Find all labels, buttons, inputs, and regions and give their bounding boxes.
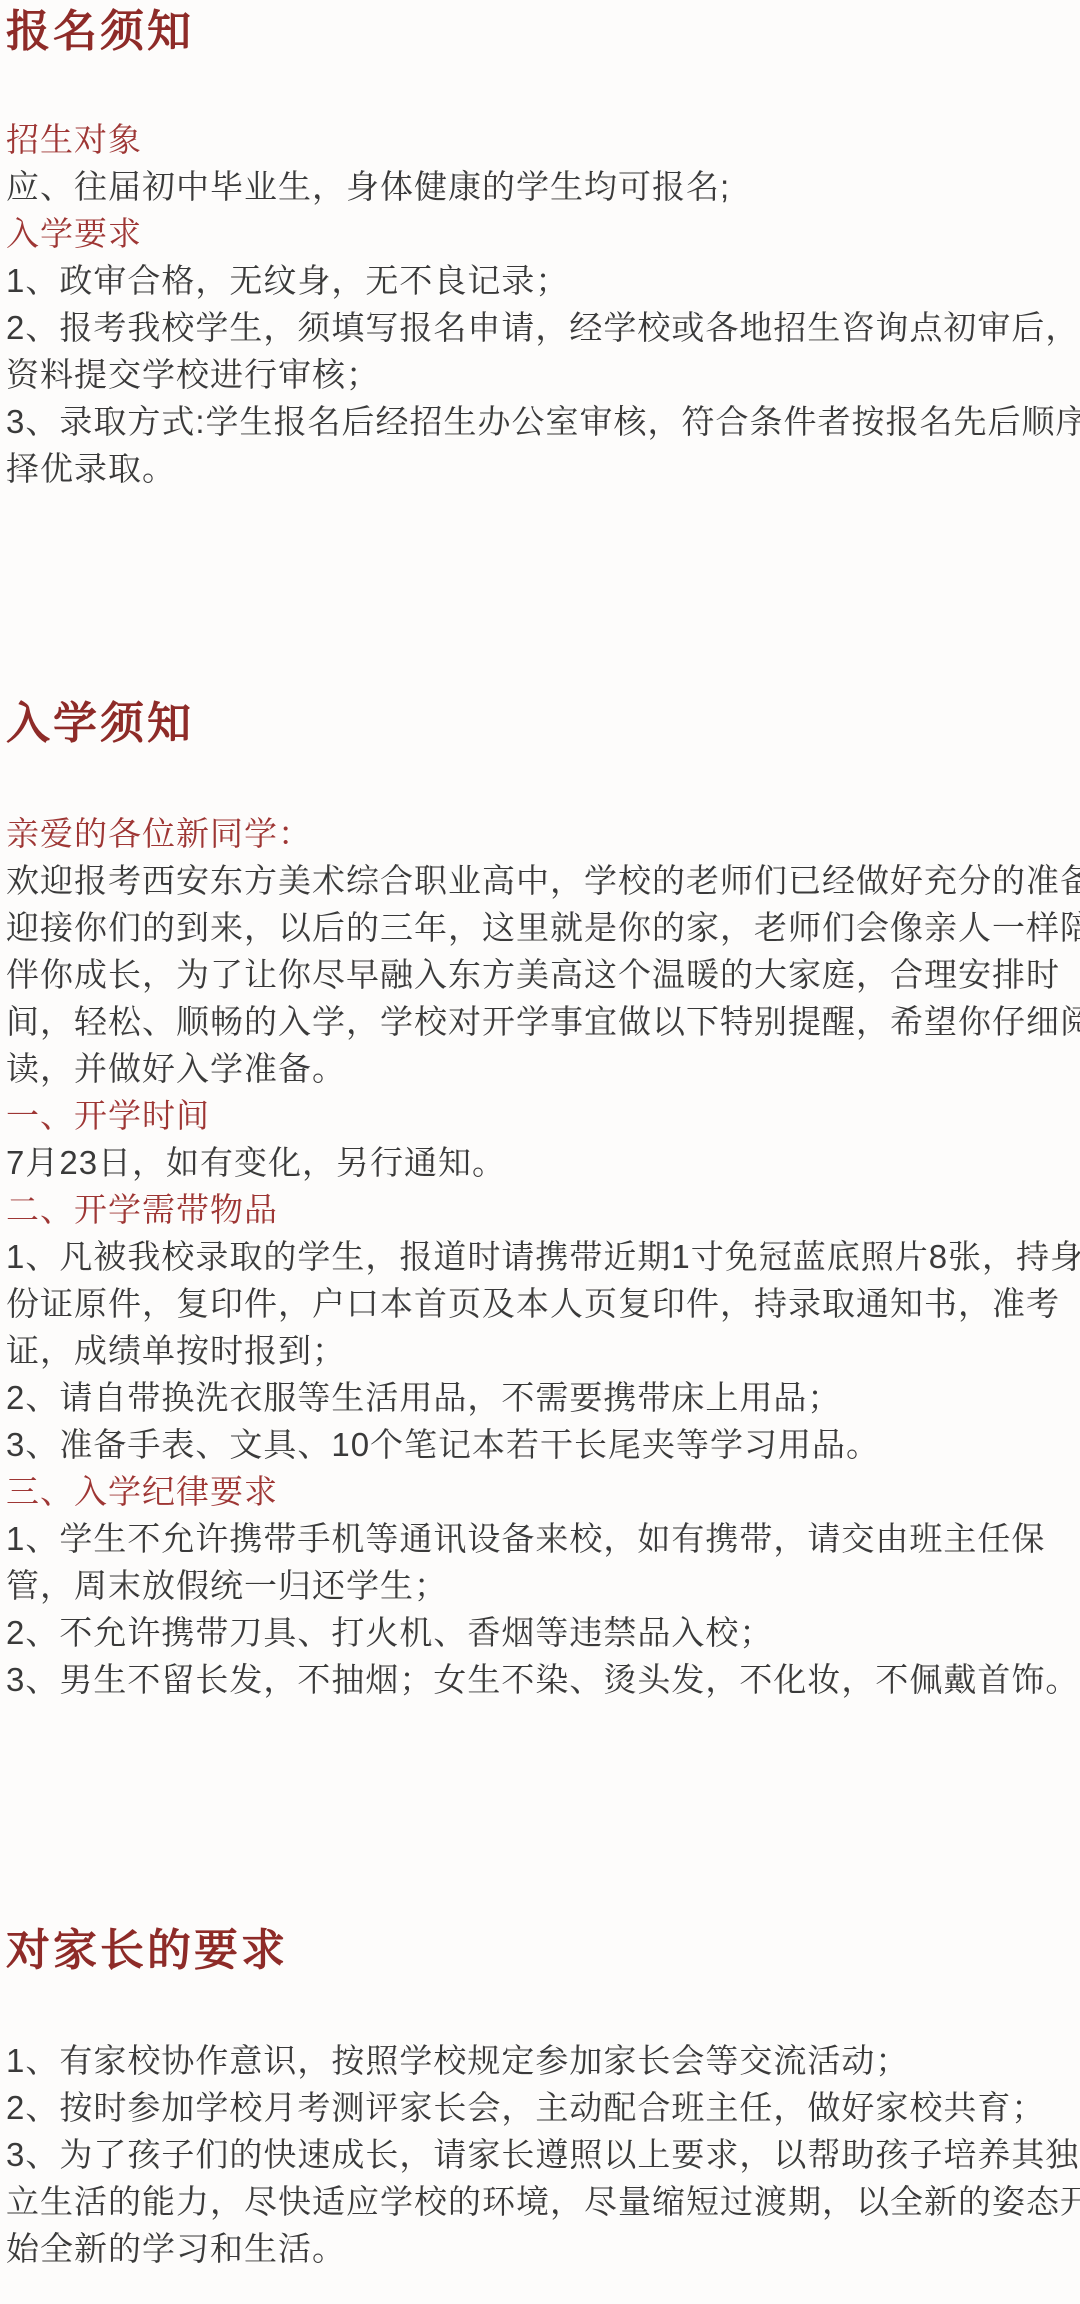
text-line: 3、准备手表、文具、10个笔记本若干长尾夹等学习用品。 — [6, 1421, 1072, 1468]
text-line: 份证原件，复印件，户口本首页及本人页复印件，持录取通知书，准考 — [6, 1280, 1072, 1327]
section-title-parents: 对家长的要求 — [6, 1927, 1072, 1975]
section-title-admission: 入学须知 — [6, 700, 1072, 748]
text-line: 7月23日，如有变化，另行通知。 — [6, 1139, 1072, 1186]
text-line: 立生活的能力，尽快适应学校的环境，尽量缩短过渡期，以全新的姿态开 — [6, 2178, 1072, 2225]
text-line: 读，并做好入学准备。 — [6, 1045, 1072, 1092]
subheading-line: 亲爱的各位新同学： — [6, 810, 1072, 857]
text-line: 证，成绩单按时报到； — [6, 1327, 1072, 1374]
text-line: 择优录取。 — [6, 445, 1072, 492]
text-line: 1、政审合格，无纹身，无不良记录； — [6, 257, 1072, 304]
subheading-line: 一、开学时间 — [6, 1092, 1072, 1139]
text-line: 2、请自带换洗衣服等生活用品，不需要携带床上用品； — [6, 1374, 1072, 1421]
text-line: 1、学生不允许携带手机等通讯设备来校，如有携带，请交由班主任保 — [6, 1515, 1072, 1562]
text-line: 应、往届初中毕业生，身体健康的学生均可报名; — [6, 163, 1072, 210]
subheading-line: 三、入学纪律要求 — [6, 1468, 1072, 1515]
text-line: 2、不允许携带刀具、打火机、香烟等违禁品入校； — [6, 1609, 1072, 1656]
text-line: 1、凡被我校录取的学生，报道时请携带近期1寸免冠蓝底照片8张，持身 — [6, 1233, 1072, 1280]
text-line: 3、男生不留长发，不抽烟；女生不染、烫头发，不化妆，不佩戴首饰。 — [6, 1656, 1072, 1703]
admission-notice-text: 亲爱的各位新同学：欢迎报考西安东方美术综合职业高中，学校的老师们已经做好充分的准… — [6, 810, 1072, 1703]
text-line: 间，轻松、顺畅的入学，学校对开学事宜做以下特别提醒，希望你仔细阅 — [6, 998, 1072, 1045]
subheading-line: 二、开学需带物品 — [6, 1186, 1072, 1233]
text-line: 管，周末放假统一归还学生； — [6, 1562, 1072, 1609]
section-title-registration: 报名须知 — [6, 8, 1072, 56]
section-parents-requirements: 对家长的要求 1、有家校协作意识，按照学校规定参加家长会等交流活动；2、按时参加… — [6, 1927, 1072, 2272]
article-page: 报名须知 招生对象应、往届初中毕业生，身体健康的学生均可报名;入学要求1、政审合… — [0, 0, 1080, 2272]
subheading-line: 招生对象 — [6, 116, 1072, 163]
text-line: 2、按时参加学校月考测评家长会，主动配合班主任，做好家校共育； — [6, 2084, 1072, 2131]
text-line: 伴你成长，为了让你尽早融入东方美高这个温暖的大家庭，合理安排时 — [6, 951, 1072, 998]
registration-notice-text: 招生对象应、往届初中毕业生，身体健康的学生均可报名;入学要求1、政审合格，无纹身… — [6, 116, 1072, 492]
text-line: 资料提交学校进行审核； — [6, 351, 1072, 398]
text-line: 1、有家校协作意识，按照学校规定参加家长会等交流活动； — [6, 2037, 1072, 2084]
text-line: 迎接你们的到来，以后的三年，这里就是你的家，老师们会像亲人一样陪 — [6, 904, 1072, 951]
section-registration-notice: 报名须知 招生对象应、往届初中毕业生，身体健康的学生均可报名;入学要求1、政审合… — [6, 8, 1072, 492]
section-admission-notice: 入学须知 亲爱的各位新同学：欢迎报考西安东方美术综合职业高中，学校的老师们已经做… — [6, 700, 1072, 1703]
text-line: 3、为了孩子们的快速成长，请家长遵照以上要求，以帮助孩子培养其独 — [6, 2131, 1072, 2178]
text-line: 欢迎报考西安东方美术综合职业高中，学校的老师们已经做好充分的准备 — [6, 857, 1072, 904]
subheading-line: 入学要求 — [6, 210, 1072, 257]
text-line: 2、报考我校学生，须填写报名申请，经学校或各地招生咨询点初审后， — [6, 304, 1072, 351]
parents-requirements-text: 1、有家校协作意识，按照学校规定参加家长会等交流活动；2、按时参加学校月考测评家… — [6, 2037, 1072, 2272]
text-line: 始全新的学习和生活。 — [6, 2225, 1072, 2272]
text-line: 3、录取方式:学生报名后经招生办公室审核，符合条件者按报名先后顺序 — [6, 398, 1072, 445]
